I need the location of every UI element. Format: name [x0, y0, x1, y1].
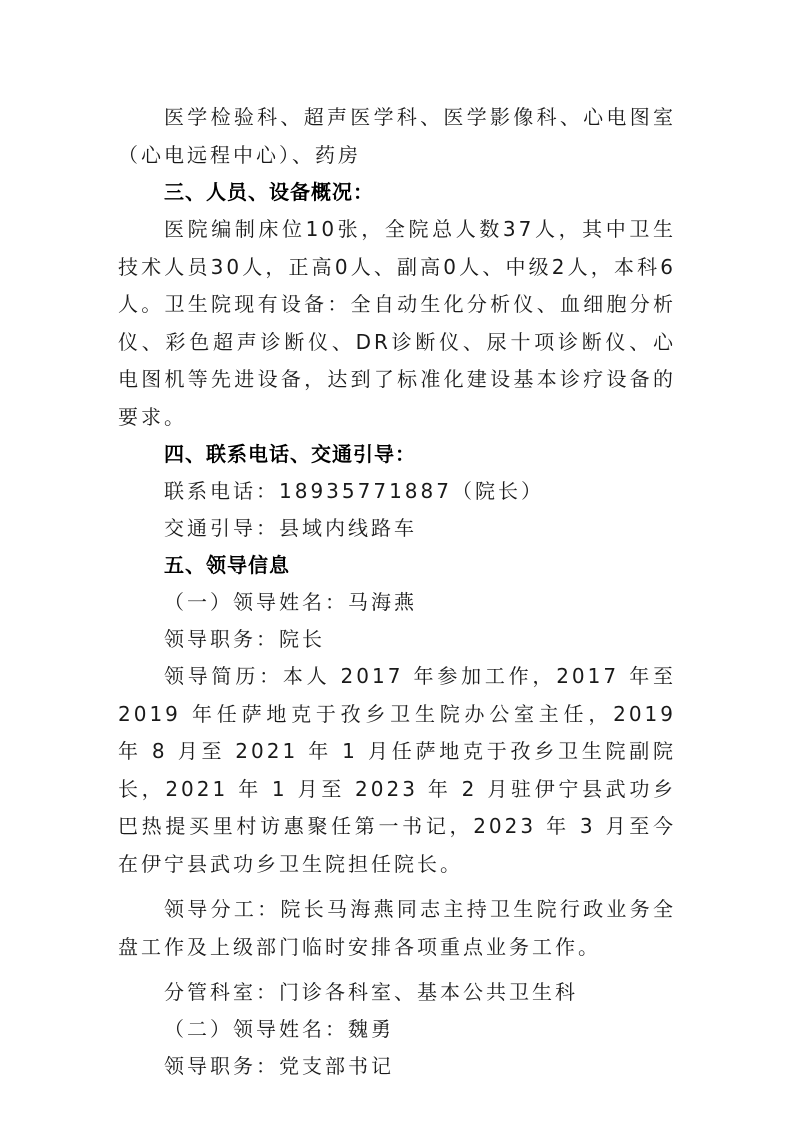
contact-phone-value: 18935771887（院长）	[279, 479, 544, 503]
leader-1-resume: 领导简历：本人 2017 年参加工作，2017 年至 2019 年任萨地克于孜乡…	[118, 658, 676, 883]
traffic-guide-value: 县域内线路车	[279, 516, 417, 540]
leader-1-title: 领导职务：院长	[118, 621, 676, 658]
section-heading-contact-traffic: 四、联系电话、交通引导：	[118, 436, 676, 473]
departments-continuation: 医学检验科、超声医学科、医学影像科、心电图室（心电远程中心）、药房	[118, 99, 676, 174]
contact-phone-line: 联系电话：18935771887（院长）	[118, 473, 676, 510]
leader-1-division: 领导分工：院长马海燕同志主持卫生院行政业务全盘工作及上级部门临时安排各项重点业务…	[118, 891, 676, 966]
leader-1-name: （一）领导姓名：马海燕	[118, 584, 676, 621]
contact-phone-label: 联系电话：	[164, 479, 279, 503]
document-page: 医学检验科、超声医学科、医学影像科、心电图室（心电远程中心）、药房 三、人员、设…	[118, 99, 676, 1085]
leader-2-name: （二）领导姓名：魏勇	[118, 1011, 676, 1048]
personnel-equipment-paragraph: 医院编制床位10张，全院总人数37人，其中卫生技术人员30人，正高0人、副高0人…	[118, 211, 676, 436]
leader-2-title: 领导职务：党支部书记	[118, 1048, 676, 1085]
section-heading-personnel-equipment: 三、人员、设备概况：	[118, 174, 676, 211]
section-heading-leader-info: 五、领导信息	[118, 547, 676, 584]
traffic-guide-label: 交通引导：	[164, 516, 279, 540]
leader-1-departments: 分管科室：门诊各科室、基本公共卫生科	[118, 974, 676, 1011]
traffic-guide-line: 交通引导：县域内线路车	[118, 510, 676, 547]
